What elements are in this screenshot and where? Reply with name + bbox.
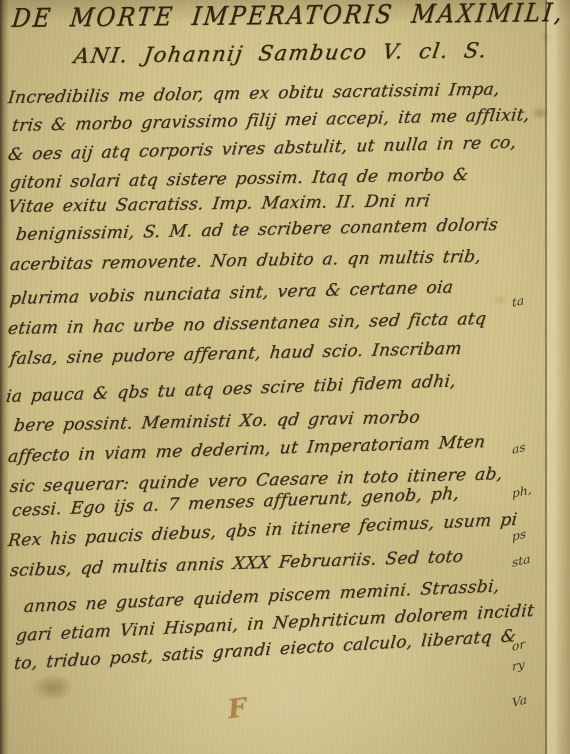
text-line: gitoni solari atq sistere possim. Itaq d… <box>9 165 470 193</box>
title-line: DE MORTE IMPERATORIS MAXIMILI, <box>10 0 570 34</box>
text-line: Vitae exitu Sacratiss. Imp. Maxim. II. D… <box>7 191 432 217</box>
text-line: plurima vobis nunciata sint, vera & cert… <box>9 277 454 309</box>
text-line: benignissimi, S. M. ad te scribere conan… <box>15 215 499 245</box>
text-line: affecto in viam me dederim, ut Imperator… <box>7 432 486 467</box>
text-line: scibus, qd multis annis XXX Februariis. … <box>9 547 464 581</box>
dedication-line: ANI. Johannij Sambuco V. cl. S. <box>72 38 489 68</box>
manuscript-page: DE MORTE IMPERATORIS MAXIMILI, ANI. Joha… <box>0 0 570 754</box>
signature-mark: F <box>226 693 248 725</box>
text-line: bere possint. Meministi Xo. qd gravi mor… <box>13 408 421 436</box>
text-line: acerbitas removente. Non dubito a. qn mu… <box>9 247 483 275</box>
text-line: falsa, sine pudore afferant, haud scio. … <box>9 339 463 369</box>
binding-shadow <box>0 0 9 754</box>
ink-stain <box>36 674 72 700</box>
text-line: & oes aij atq corporis vires abstulit, u… <box>7 133 518 165</box>
text-line: ia pauca & qbs tu atq oes scire tibi fid… <box>5 371 457 407</box>
text-line: etiam in hac urbe no dissentanea sin, se… <box>7 309 488 339</box>
text-line: tris & morbo gravissimo filij mei accepi… <box>11 105 531 136</box>
text-line: Incredibilis me dolor, qm ex obitu sacra… <box>7 79 501 108</box>
